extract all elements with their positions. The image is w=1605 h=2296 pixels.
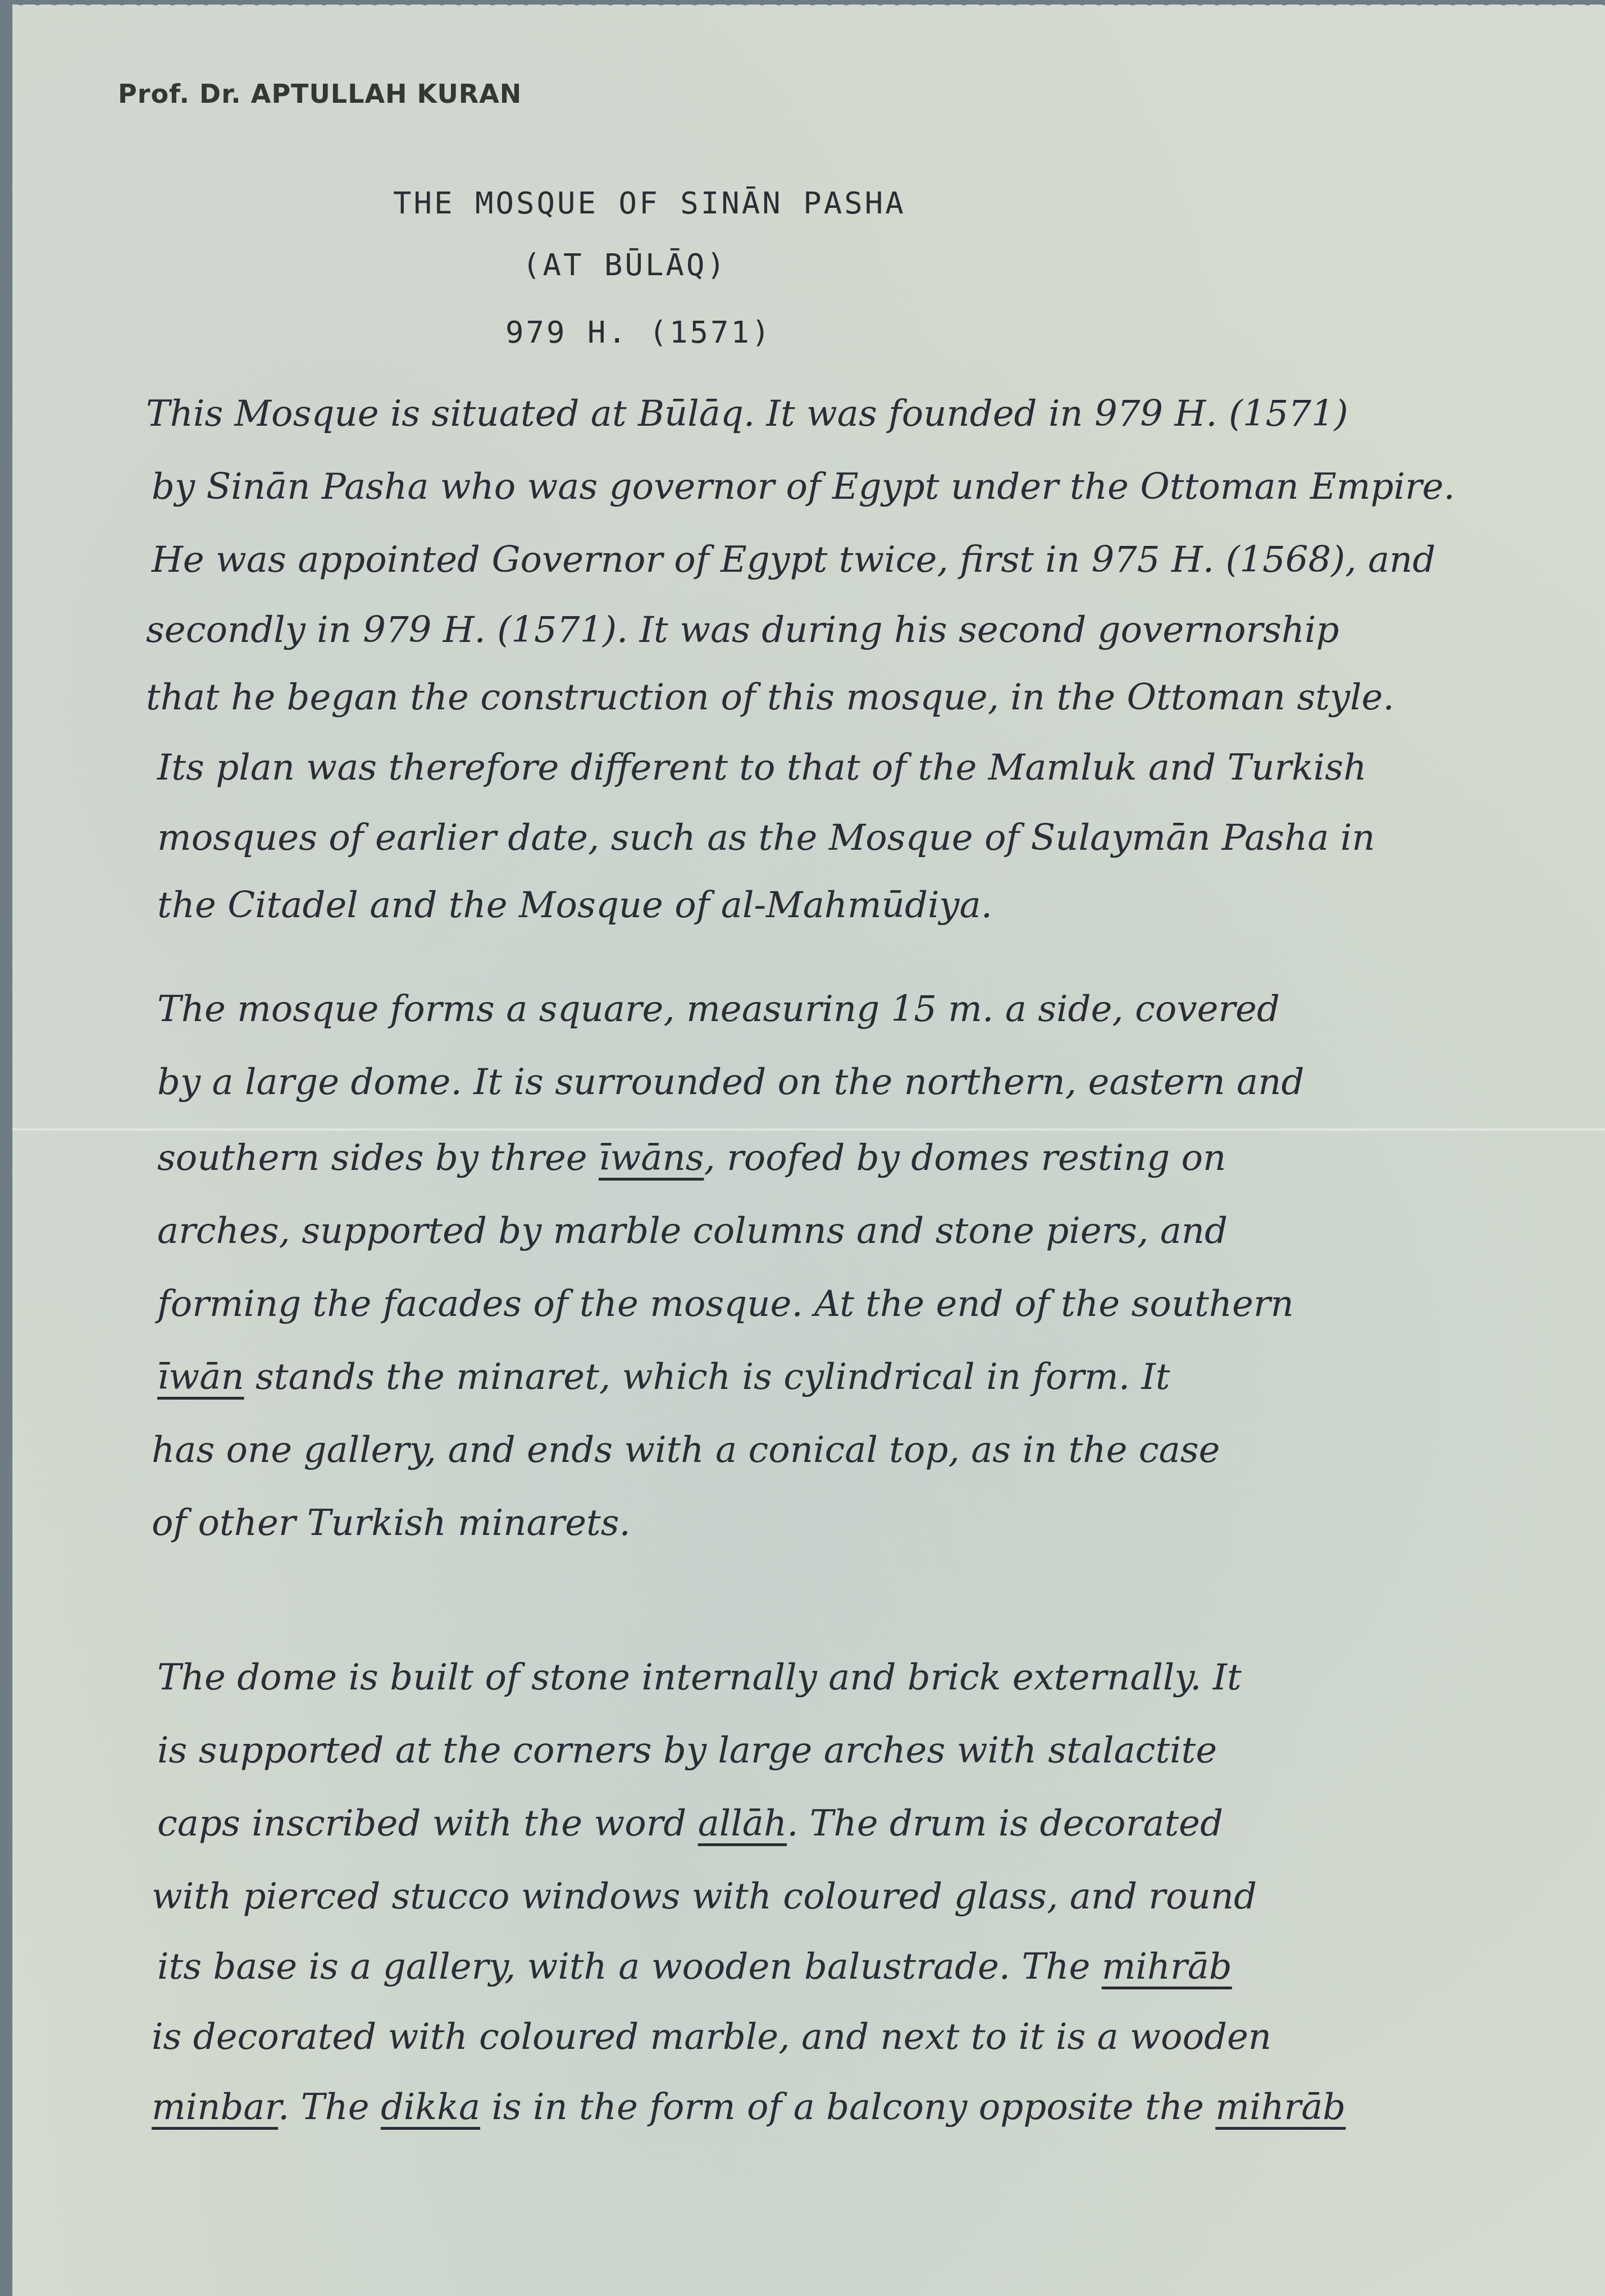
text-segment: , roofed by domes resting on [704, 1137, 1226, 1179]
text-segment: . The drum is decorated [787, 1803, 1223, 1844]
text-line: its base is a gallery, with a wooden bal… [157, 1946, 1232, 1988]
text-line: secondly in 979 H. (1571). It was during… [146, 609, 1339, 651]
text-segment: southern sides by three [157, 1137, 599, 1179]
title-line-1: THE MOSQUE OF SINĀN PASHA [393, 185, 906, 221]
paper-fold-crease [12, 1128, 1605, 1131]
text-line: by a large dome. It is surrounded on the… [157, 1062, 1304, 1103]
text-line: mosques of earlier date, such as the Mos… [157, 817, 1375, 859]
term-minbar: minbar [152, 2087, 278, 2128]
text-line: minbar. The dikka is in the form of a ba… [152, 2087, 1346, 2128]
text-line: īwān stands the minaret, which is cylind… [157, 1356, 1170, 1398]
text-line: the Citadel and the Mosque of al-Mahmūdi… [157, 885, 992, 926]
text-line: The dome is built of stone internally an… [157, 1657, 1242, 1698]
perforated-edge [12, 0, 1605, 8]
text-line: He was appointed Governor of Egypt twice… [152, 539, 1435, 581]
text-segment: is in the form of a balcony opposite the [480, 2087, 1215, 2128]
letterhead: Prof. Dr. APTULLAH KURAN [118, 79, 522, 109]
text-line: is decorated with coloured marble, and n… [152, 2016, 1271, 2058]
term-dikka: dikka [381, 2087, 480, 2128]
text-line: by Sinān Pasha who was governor of Egypt… [152, 466, 1455, 508]
text-line: forming the facades of the mosque. At th… [157, 1283, 1294, 1325]
text-segment: . The [278, 2087, 381, 2128]
text-line: caps inscribed with the word allāh. The … [157, 1803, 1223, 1844]
text-line: with pierced stucco windows with coloure… [152, 1876, 1257, 1917]
text-line: that he began the construction of this m… [146, 677, 1394, 718]
text-line: of other Turkish minarets. [152, 1502, 631, 1544]
text-segment: stands the minaret, which is cylindrical… [244, 1356, 1170, 1398]
text-line: southern sides by three īwāns, roofed by… [157, 1137, 1226, 1179]
text-segment: caps inscribed with the word [157, 1803, 698, 1844]
text-line: has one gallery, and ends with a conical… [152, 1429, 1220, 1471]
text-line: arches, supported by marble columns and … [157, 1210, 1228, 1252]
text-line: The mosque forms a square, measuring 15 … [157, 988, 1280, 1030]
term-mihrab: mihrāb [1215, 2087, 1346, 2128]
term-iwan: īwān [157, 1356, 244, 1398]
text-line: Its plan was therefore different to that… [157, 747, 1366, 789]
term-allah: allāh [698, 1803, 787, 1844]
term-mihrab: mihrāb [1102, 1946, 1232, 1988]
text-line: This Mosque is situated at Būlāq. It was… [146, 393, 1348, 435]
title-line-2: (AT BŪLĀQ) [522, 247, 727, 283]
term-iwans: īwāns [599, 1137, 704, 1179]
text-segment: its base is a gallery, with a wooden bal… [157, 1946, 1102, 1988]
text-line: is supported at the corners by large arc… [157, 1730, 1217, 1771]
title-line-3: 979 H. (1571) [505, 315, 772, 350]
